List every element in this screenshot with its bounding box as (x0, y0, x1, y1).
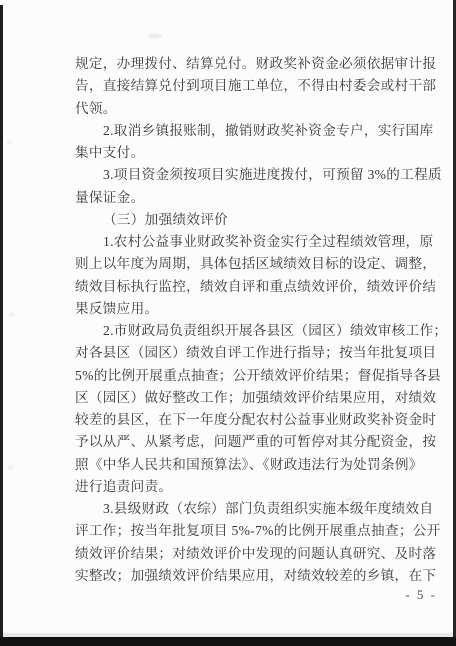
page-edge-left (0, 5, 3, 646)
text-line: 绩效目标执行监控，绩效自评和重点绩效评价，绩效评价结 (75, 276, 445, 298)
text-line: 绩效评价结果；对绩效评价中发现的问题认真研究、及时落 (75, 543, 445, 565)
text-line: 评工作；按当年批复项目 5%-7%的比例开展重点抽查；公开 (75, 520, 445, 542)
text-line: 照《中华人民共和国预算法》、《财政违法行为处罚条例》 (75, 454, 445, 476)
text-line: 规定，办理拨付、结算兑付。财政奖补资金必须依据审计报 (75, 53, 445, 75)
text-line: 予以从严、从紧考虑，问题严重的可暂停对其分配资金，按 (75, 431, 445, 453)
text-line: 则上以年度为周期，具体包括区域绩效目标的设定、调整， (75, 253, 445, 275)
page-number: - 5 - (405, 587, 437, 603)
text-line: 1.农村公益事业财政奖补资金实行全过程绩效管理，原 (75, 231, 445, 253)
section-heading: （三）加强绩效评价 (75, 209, 445, 231)
text-line: 3.县级财政（农综）部门负责组织实施本级年度绩效自 (75, 498, 445, 520)
text-line: 2.取消乡镇报账制，撤销财政奖补资金专户，实行国库 (75, 120, 445, 142)
text-line: 区（园区）做好整改工作；加强绩效评价结果应用，对绩效 (75, 387, 445, 409)
text-line: 果反馈应用。 (75, 298, 445, 320)
scan-artifact (8, 466, 13, 469)
text-line: 量保证金。 (75, 187, 445, 209)
text-line: 代领。 (75, 98, 445, 120)
scan-artifact (345, 498, 355, 501)
text-line: 实整改；加强绩效评价结果应用，对绩效较差的乡镇，在下 (75, 565, 445, 587)
text-line: 2.市财政局负责组织开展各县区（园区）绩效审核工作； (75, 320, 445, 342)
document-text-block: 规定，办理拨付、结算兑付。财政奖补资金必须依据审计报 告，直接结算兑付到项目施工… (75, 53, 445, 587)
scan-artifact (7, 141, 12, 144)
text-line: 告，直接结算兑付到项目施工单位，不得由村委会或村干部 (75, 75, 445, 97)
scan-artifact (148, 34, 162, 38)
document-page: 规定，办理拨付、结算兑付。财政奖补资金必须依据审计报 告，直接结算兑付到项目施工… (0, 0, 456, 646)
page-edge-bottom (0, 637, 456, 646)
text-line: 3.项目资金须按项目实施进度拨付，可预留 3%的工程质 (75, 164, 445, 186)
text-line: 对各县区（园区）绩效自评工作进行指导；按当年批复项目 (75, 342, 445, 364)
scanned-document-view: 规定，办理拨付、结算兑付。财政奖补资金必须依据审计报 告，直接结算兑付到项目施工… (0, 0, 456, 646)
scan-artifact (9, 313, 14, 316)
text-line: 进行追责问责。 (75, 476, 445, 498)
text-line: 集中支付。 (75, 142, 445, 164)
text-line: 5%的比例开展重点抽查；公开绩效评价结果；督促指导各县 (75, 365, 445, 387)
text-line: 较差的县区，在下一年度分配农村公益事业财政奖补资金时 (75, 409, 445, 431)
